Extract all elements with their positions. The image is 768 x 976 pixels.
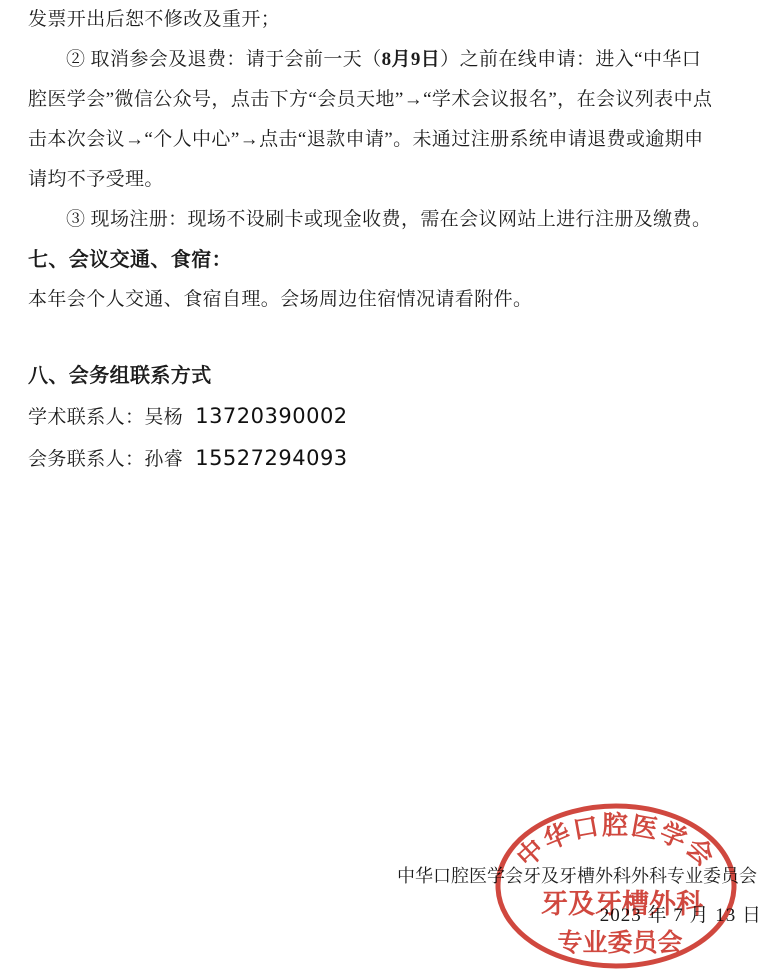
transport-body-line: 本年会个人交通、食宿自理。会场周边住宿情况请看附件。	[28, 280, 740, 320]
invoice-note-line: 发票开出后恕不修改及重开；	[28, 0, 740, 40]
affairs-contact-phone: 15527294093	[195, 446, 347, 470]
affairs-contact-line: 会务联系人：孙睿15527294093	[28, 438, 740, 480]
refund-deadline-date: 8月9日	[382, 49, 441, 70]
refund-paragraph-line1: ② 取消参会及退费：请于会前一天（8月9日）之前在线申请：进入“中华口	[28, 40, 740, 80]
refund-paragraph-line3: 击本次会议→“个人中心”→点击“退款申请”。未通过注册系统申请退费或逾期申	[28, 120, 740, 160]
refund-paragraph-line2: 腔医学会”微信公众号，点击下方“会员天地”→“学术会议报名”，在会议列表中点	[28, 80, 740, 120]
academic-contact-line: 学术联系人：吴杨13720390002	[28, 396, 740, 438]
stamp-row1-text: 牙及牙槽外科	[541, 889, 703, 919]
academic-contact-label: 学术联系人：吴杨	[28, 407, 183, 428]
refund-text-post: ）之前在线申请：进入“中华口	[440, 49, 701, 70]
onsite-registration-line: ③ 现场注册：现场不设刷卡或现金收费，需在会议网站上进行注册及缴费。	[28, 200, 740, 240]
section-heading-transport: 七、会议交通、食宿：	[28, 240, 740, 280]
refund-text-pre: ② 取消参会及退费：请于会前一天（	[66, 49, 382, 70]
affairs-contact-label: 会务联系人：孙睿	[28, 449, 183, 470]
section-heading-contacts: 八、会务组联系方式	[28, 356, 740, 396]
blank-gap	[28, 320, 740, 356]
stamp-arc-text: 中华口腔医学会	[511, 810, 721, 873]
refund-paragraph-line4: 请均不予受理。	[28, 160, 740, 200]
document-page: 发票开出后恕不修改及重开； ② 取消参会及退费：请于会前一天（8月9日）之前在线…	[0, 0, 768, 976]
document-body: 发票开出后恕不修改及重开； ② 取消参会及退费：请于会前一天（8月9日）之前在线…	[28, 0, 740, 480]
stamp-row2-text: 专业委员会	[557, 928, 682, 957]
academic-contact-phone: 13720390002	[195, 404, 347, 428]
official-seal-stamp: 中华口腔医学会 牙及牙槽外科 专业委员会	[492, 800, 740, 972]
